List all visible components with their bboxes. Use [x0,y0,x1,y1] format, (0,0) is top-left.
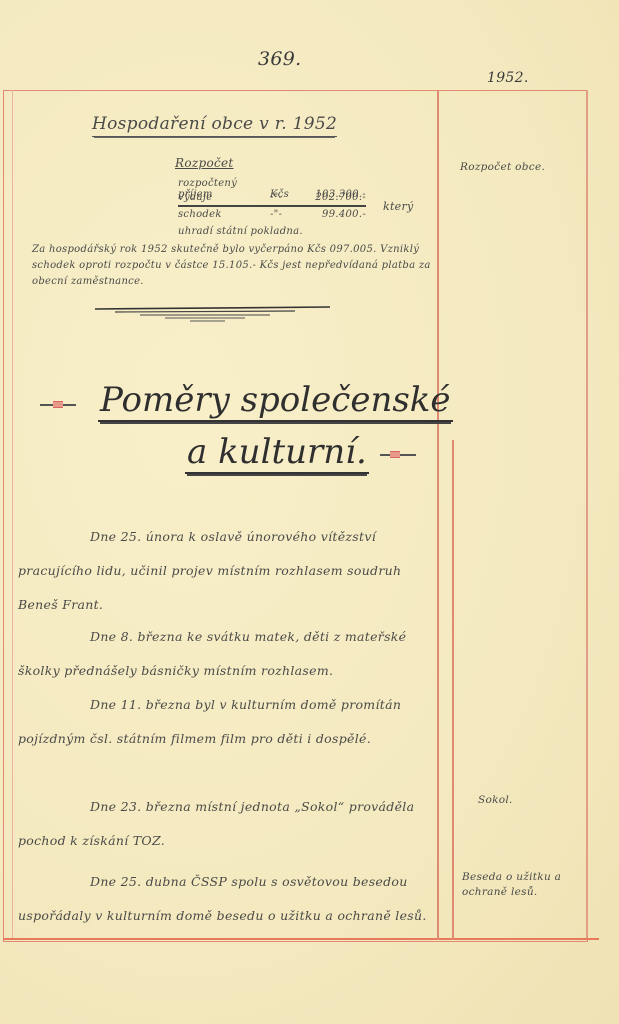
margin-note-budget: Rozpočet obce. [460,160,545,175]
title-ornament-left-mark [53,401,63,408]
entry-text: Dne 25. února k oslavě únorového vítězst… [18,529,401,612]
title-ornament-right-mark [390,451,400,458]
economy-title-text: Hospodaření obce v r. 1952 [92,114,337,137]
budget-heading: Rozpočet [175,156,234,170]
budget-currency: -"- [270,192,304,203]
ornamental-divider-icon [95,303,330,325]
margin-note-forest: Beseda o užitku a ochraně lesů. [462,870,572,900]
economy-section-title: Hospodaření obce v r. 1952 [92,114,337,134]
entry-text: Dne 8. března ke svátku matek, děti z ma… [18,629,406,678]
title-line2-text: a kulturní. [185,432,369,474]
entry-apr-25: Dne 25. dubna ČSSP spolu s osvětovou bes… [18,865,443,933]
budget-value: 99.400.- [304,209,366,220]
budget-currency: -"- [270,209,304,220]
budget-row-expenses: výdaje-"-202.700.- [178,192,366,203]
social-section-title-line1: Poměry společenské [98,380,453,420]
frame-right-line [586,90,588,940]
budget-sum-rule [178,205,366,207]
entry-mar-23: Dne 23. března místní jednota „Sokol“ pr… [18,790,443,858]
entry-mar-11: Dne 11. března byl v kulturním domě prom… [18,688,443,756]
budget-label: schodek [178,209,270,220]
entry-mar-8: Dne 8. března ke svátku matek, děti z ma… [18,620,443,688]
budget-value: 202.700.- [304,192,366,203]
entry-text: Dne 11. března byl v kulturním domě prom… [18,697,401,746]
budget-covered-by: uhradí státní pokladna. [178,226,303,237]
page-number: 369. [258,48,302,70]
entry-feb-25: Dne 25. února k oslavě únorového vítězst… [18,520,443,622]
margin-note-sokol: Sokol. [478,793,513,808]
budget-row-deficit: schodek-"-99.400.- [178,209,366,220]
margin-rule-secondary [452,440,454,940]
title-line1-text: Poměry společenské [98,380,453,422]
economy-summary: Za hospodářský rok 1952 skutečně bylo vy… [32,242,442,290]
year-label: 1952. [487,70,529,86]
entry-text: Dne 23. března místní jednota „Sokol“ pr… [18,799,414,848]
entry-text: Dne 25. dubna ČSSP spolu s osvětovou bes… [18,874,427,923]
frame-inner-left-line [12,90,13,940]
budget-note-which: který [383,200,414,213]
budget-label: výdaje [178,192,270,203]
frame-bottom-line [3,938,599,940]
social-section-title-line2: a kulturní. [185,432,369,472]
